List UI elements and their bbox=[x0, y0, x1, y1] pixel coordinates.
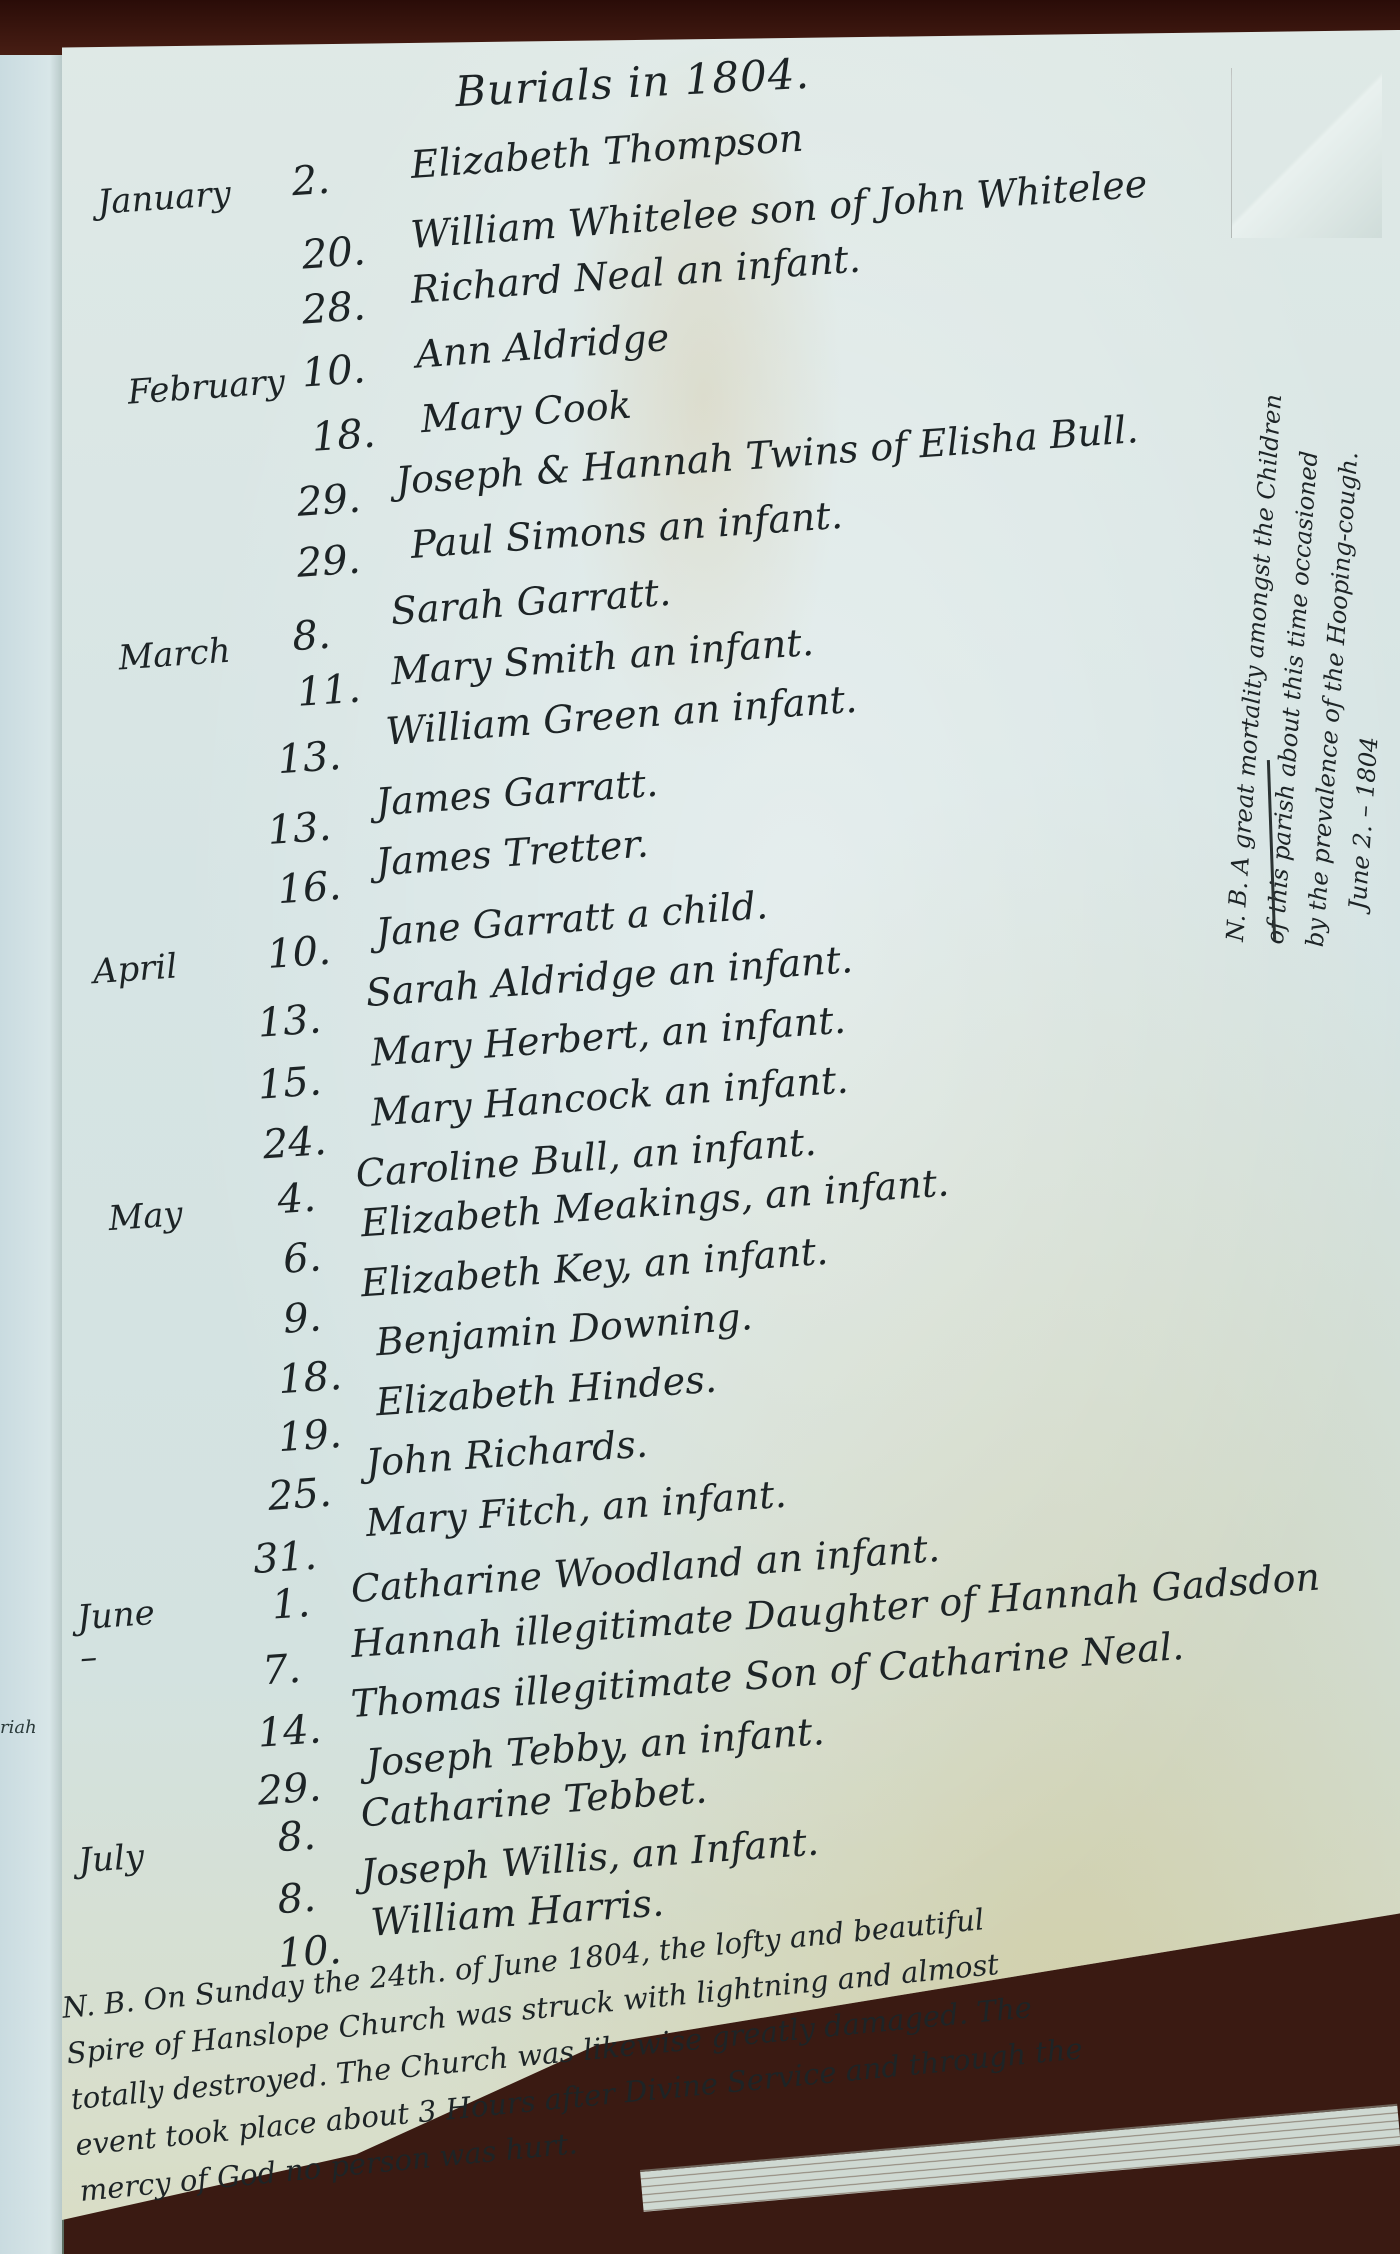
entry-month: July bbox=[77, 1837, 145, 1881]
entry-day: 14. bbox=[256, 1706, 323, 1756]
entry-day: 8. bbox=[291, 612, 332, 661]
entry-day: 16. bbox=[276, 863, 343, 913]
entry-day: 18. bbox=[310, 411, 377, 461]
entry-day: 1. bbox=[270, 1580, 311, 1629]
entry-day: 18. bbox=[277, 1353, 344, 1403]
facing-page-edge: riah bbox=[0, 55, 64, 2254]
entry-day: 10. bbox=[266, 928, 333, 978]
folded-corner bbox=[1231, 68, 1382, 238]
entry-day: 10. bbox=[300, 346, 367, 396]
entry-day: 28. bbox=[300, 283, 367, 333]
entry-day: 13. bbox=[266, 804, 333, 854]
entry-day: 11. bbox=[295, 666, 362, 716]
entry-day: 4. bbox=[276, 1175, 317, 1224]
entry-day: 8. bbox=[276, 1813, 317, 1862]
entry-month: June – bbox=[76, 1593, 159, 1678]
entry-day: 8. bbox=[276, 1875, 317, 1924]
entry-day: 24. bbox=[261, 1118, 328, 1168]
entry-month: May bbox=[107, 1194, 184, 1239]
entry-month: April bbox=[92, 946, 179, 992]
entry-day: 9. bbox=[282, 1294, 323, 1343]
entry-day: 6. bbox=[282, 1234, 323, 1283]
entry-day: 25. bbox=[266, 1470, 333, 1520]
entry-day: 13. bbox=[276, 733, 343, 783]
facing-page-text-fragment: riah bbox=[0, 1717, 37, 1738]
entry-month: March bbox=[117, 631, 232, 679]
entry-day: 7. bbox=[261, 1646, 302, 1695]
entry-day: 29. bbox=[295, 537, 362, 587]
entry-day: 20. bbox=[300, 228, 367, 278]
entry-day: 29. bbox=[295, 476, 362, 526]
entry-day: 2. bbox=[290, 157, 331, 206]
entry-day: 13. bbox=[256, 996, 323, 1046]
entry-day: 15. bbox=[256, 1058, 323, 1108]
entry-day: 19. bbox=[277, 1411, 344, 1461]
entry-day: 31. bbox=[252, 1533, 319, 1583]
entry-day: 29. bbox=[256, 1764, 323, 1814]
